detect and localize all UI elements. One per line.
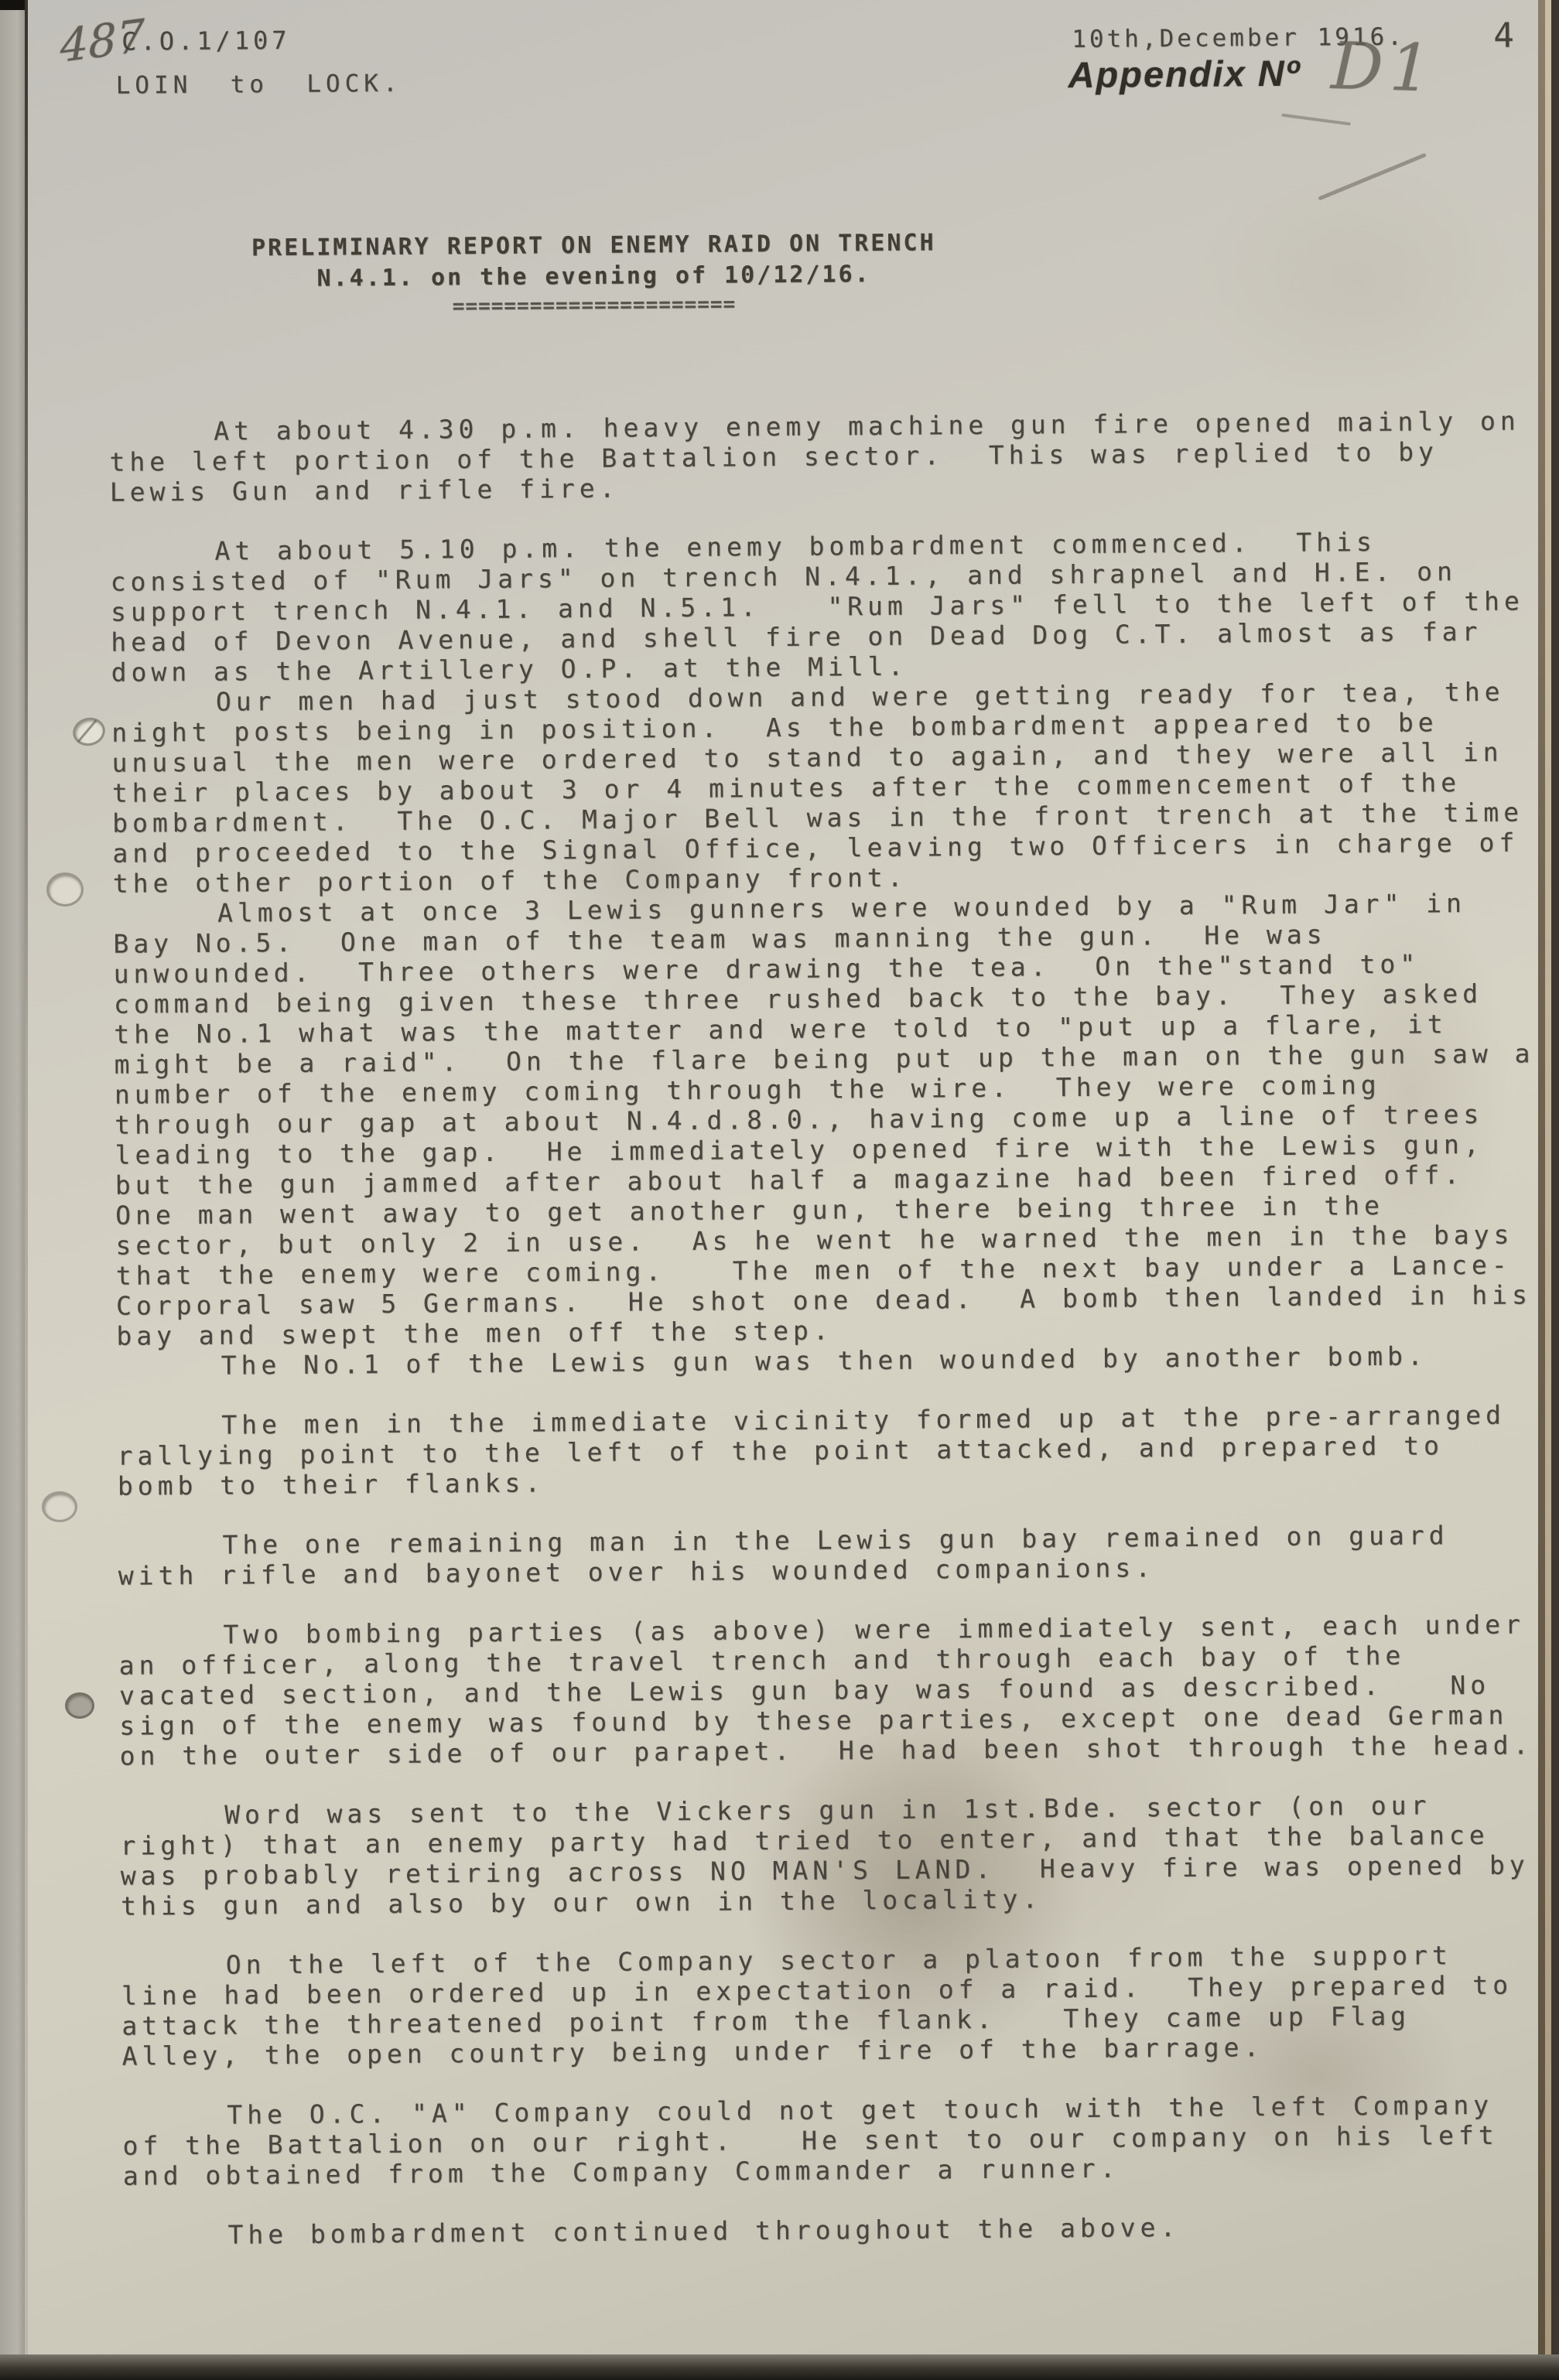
report-paragraph: Our men had just stood down and were get… [111, 676, 1540, 898]
report-paragraph: On the left of the Company sector a plat… [121, 1939, 1549, 2071]
punch-hole [46, 872, 84, 907]
report-paragraph: The men in the immediate vicinity formed… [117, 1399, 1544, 1501]
title-underline: ====================== [246, 291, 942, 319]
report-title: PRELIMINARY REPORT ON ENEMY RAID ON TREN… [245, 227, 942, 319]
map-reference: LOIN to LOCK. [116, 70, 402, 100]
report-paragraph: The one remaining man in the Lewis gun b… [118, 1519, 1545, 1590]
page-number: 4 [1493, 16, 1514, 56]
punch-hole [65, 1692, 94, 1719]
report-title-line1: PRELIMINARY REPORT ON ENEMY RAID ON TREN… [245, 227, 942, 264]
report-paragraph: The O.C. "A" Company could not get touch… [122, 2089, 1550, 2190]
report-paragraph: Almost at once 3 Lewis gunners were woun… [113, 887, 1544, 1350]
report-body: At about 4.30 p.m. heavy enemy machine g… [109, 405, 1550, 2250]
pencil-mark [1318, 153, 1427, 201]
appendix-stamp: Appendix Nº [1068, 52, 1301, 96]
photo-background-edge [0, 2354, 1559, 2380]
photo-background-edge [1551, 0, 1559, 2361]
file-reference: C.O.1/107 [121, 26, 291, 56]
report-paragraph: The bombardment continued throughout the… [123, 2209, 1550, 2250]
report-paragraph: At about 4.30 p.m. heavy enemy machine g… [109, 405, 1537, 507]
report-paragraph: Word was sent to the Vickers gun in 1st.… [120, 1789, 1547, 1921]
document-content: 487 C.O.1/107 10th,December 1916. 4 LOIN… [19, 0, 1551, 2362]
report-title-line2: N.4.1. on the evening of 10/12/16. [245, 258, 942, 295]
document-page: 487 C.O.1/107 10th,December 1916. 4 LOIN… [25, 0, 1538, 2356]
handwritten-appendix-number: D1 [1330, 28, 1438, 107]
report-paragraph: At about 5.10 p.m. the enemy bombardment… [110, 525, 1537, 687]
pencil-mark [1281, 114, 1351, 126]
report-paragraph: Two bombing parties (as above) were imme… [118, 1609, 1546, 1770]
punch-hole [42, 1491, 77, 1522]
